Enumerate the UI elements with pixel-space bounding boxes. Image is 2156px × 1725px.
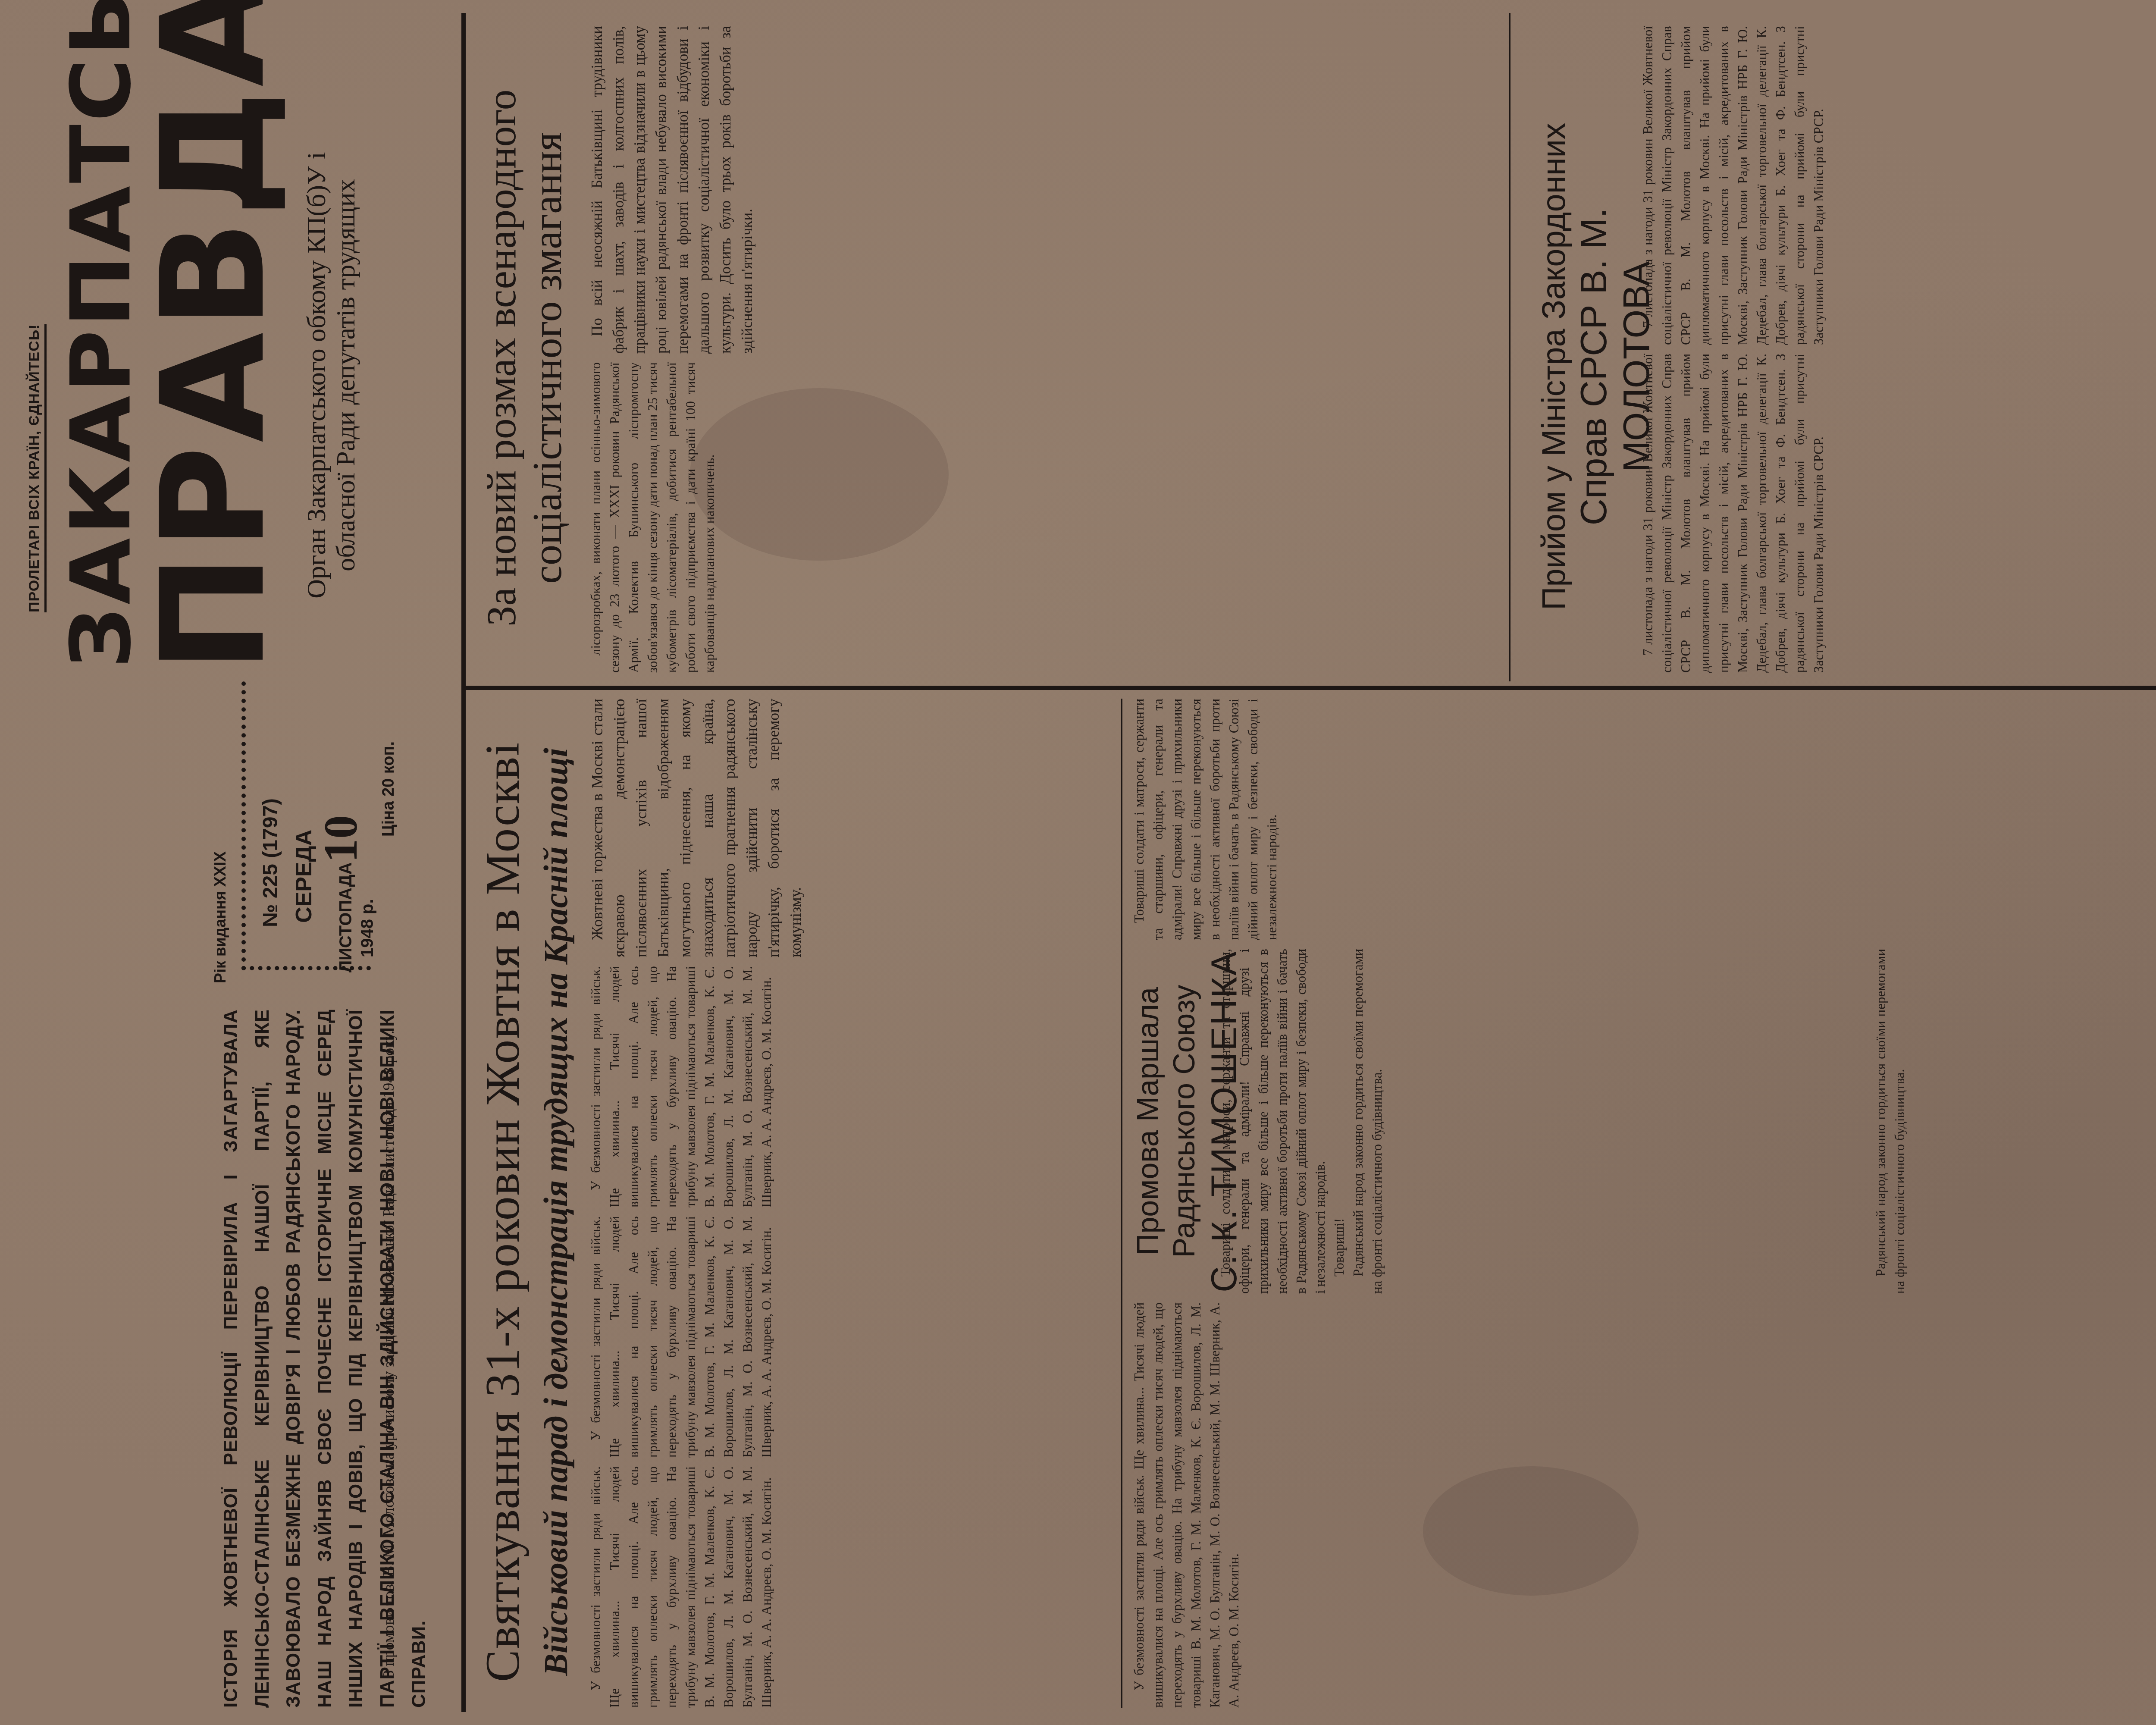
timoshenko-col-3: Радянський народ законно гордиться своїм… — [1871, 949, 2156, 1294]
section-divider — [1509, 13, 1510, 681]
banner-quote-source: З промови тов. В. М. Молотова на урочист… — [379, 1009, 398, 1699]
molotov-headline-line1: Прийом у Міністра Закордонних — [1535, 108, 1573, 625]
price: Ціна 20 коп. — [379, 741, 398, 837]
issue-month: ЛИСТОПАДА — [336, 862, 356, 972]
column-divider — [466, 686, 2156, 690]
issue-number: № 225 (1797) — [259, 798, 282, 927]
left-article-lead: По всій неосяжній Батьківщині трудівники… — [586, 26, 1501, 354]
year-of-publication: Рік видання XXIX — [211, 851, 229, 983]
molotov-col-2: 7 листопада з нагоди 31 роковин Великої … — [1639, 26, 2156, 345]
main-article-col-1: У безмовності застигли ряди військ. Ще х… — [586, 1466, 1121, 1708]
section-divider — [1121, 699, 1122, 1708]
masthead-title-top: ЗАКАРПАТСЬКА — [60, 0, 142, 668]
left-article-col-1: лісорозробках, виконати плани осінньо-зи… — [586, 362, 1501, 673]
issue-day: 10 — [317, 815, 364, 862]
timoshenko-col-1: Товариші солдати і матроси, сержанти та … — [1216, 949, 1863, 1294]
newspaper-page: ПРОЛЕТАРІ ВСІХ КРАЇН, ЄДНАЙТЕСЬ! ЗАКАРПА… — [0, 0, 2156, 1725]
main-article-col-2: У безмовності застигли ряди військ. Ще х… — [586, 1216, 1121, 1458]
main-article-col-continued: У безмовності застигли ряди військ. Ще х… — [1130, 1302, 2156, 1708]
main-article-lead: Жовтневі торжества в Москві стали яскрав… — [586, 699, 1121, 957]
timoshenko-salutation: Товариші! — [1330, 949, 1349, 1294]
issue-weekday: СЕРЕДА — [291, 830, 317, 923]
organ-subtitle: Орган Закарпатського обкому КП(б)У і обл… — [302, 138, 360, 612]
main-headline: Святкування 31-х роковин Жовтня в Москві — [479, 716, 527, 1708]
masthead-title: ПРАВДА — [142, 0, 285, 673]
banner-quote: ІСТОРІЯ ЖОВТНЕВОЇ РЕВОЛЮЦІЇ ПЕРЕВІРИЛА І… — [216, 1009, 435, 1708]
main-subheadline: Військовий парад і демонстрація трудящих… — [539, 716, 573, 1708]
issue-year: 1948 р. — [358, 899, 377, 957]
slogan: ПРОЛЕТАРІ ВСІХ КРАЇН, ЄДНАЙТЕСЬ! — [26, 324, 47, 612]
molotov-col-1: 7 листопада з нагоди 31 роковин Великої … — [1639, 354, 2156, 673]
left-headline: За новий розмах всенародного соціалістич… — [479, 60, 570, 655]
masthead-rule — [461, 13, 466, 1712]
newspaper-sheet: ПРОЛЕТАРІ ВСІХ КРАЇН, ЄДНАЙТЕСЬ! ЗАКАРПА… — [0, 0, 2156, 1725]
timoshenko-col-2: Товариші солдати і матроси, сержанти та … — [1130, 699, 2156, 940]
main-article-col-3: У безмовності застигли ряди військ. Ще х… — [586, 966, 1121, 1207]
timoshenko-headline-line1: Промова Маршала Радянського Союзу — [1130, 949, 1202, 1294]
